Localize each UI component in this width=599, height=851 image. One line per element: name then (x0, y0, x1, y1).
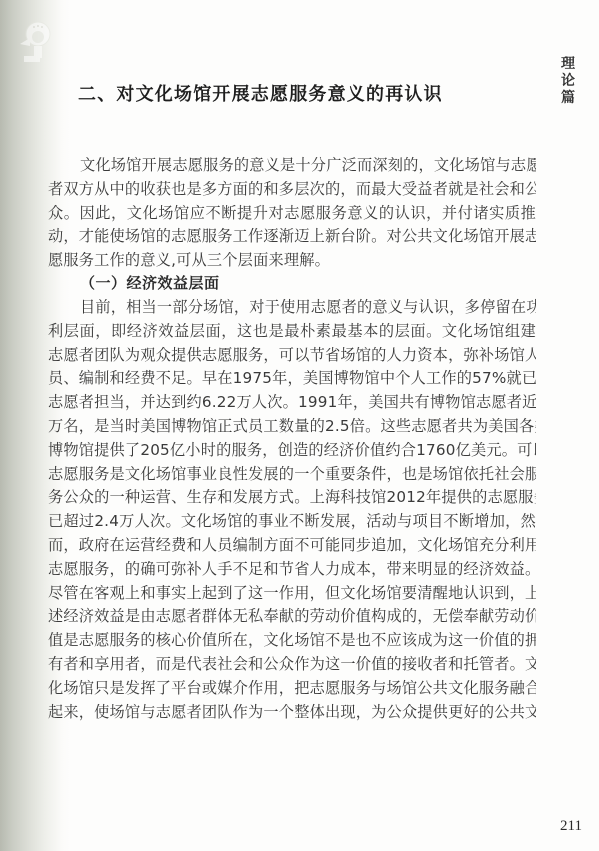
text-line: 博物馆提供了205亿小时的服务，创造的经济价值约合1760亿美元。可以说 (48, 439, 536, 463)
text-line: 万名，是当时美国博物馆正式员工数量的2.5倍。这些志愿者共为美国各类 (48, 415, 536, 439)
text-line: 已超过2.4万人次。文化场馆的事业不断发展，活动与项目不断增加，然 (48, 510, 536, 534)
text-line: 有者和享用者，而是代表社会和公众作为这一价值的接收者和托管者。文 (48, 653, 536, 677)
side-label-char: 篇 (558, 90, 578, 107)
text-line: 目前，相当一部分场馆，对于使用志愿者的意义与认识，多停留在功 (48, 296, 536, 320)
book-page: 理 论 篇 二、对文化场馆开展志愿服务意义的再认识 文化场馆开展志愿服务的意义是… (0, 0, 599, 851)
text-line: 员、编制和经费不足。早在1975年，美国博物馆中个人工作的57%就已由 (48, 367, 536, 391)
section-heading: 二、对文化场馆开展志愿服务意义的再认识 (78, 80, 443, 106)
text-line: 愿服务工作的意义,可从三个层面来理解。 (48, 249, 536, 273)
side-label-char: 理 (558, 56, 578, 73)
text-line: 志愿服务，的确可弥补人手不足和节省人力成本，带来明显的经济效益。 (48, 558, 536, 582)
text-line: 而，政府在运营经费和人员编制方面不可能同步追加，文化场馆充分利用 (48, 534, 536, 558)
text-line: 者双方从中的收获也是多方面的和多层次的，而最大受益者就是社会和公 (48, 178, 536, 202)
text-line: 志愿者团队为观众提供志愿服务，可以节省场馆的人力资本，弥补场馆人 (48, 344, 536, 368)
text-line: 尽管在客观上和事实上起到了这一作用，但文化场馆要清醒地认识到，上 (48, 582, 536, 606)
page-number: 211 (560, 818, 582, 835)
decorative-emblem-icon (16, 18, 56, 76)
text-line: 化场馆只是发挥了平台或媒介作用，把志愿服务与场馆公共文化服务融合 (48, 677, 536, 701)
text-line: 志愿服务是文化场馆事业良性发展的一个重要条件，也是场馆依托社会服 (48, 463, 536, 487)
paragraph-economic: 目前，相当一部分场馆，对于使用志愿者的意义与认识，多停留在功 利层面，即经济效益… (48, 296, 536, 724)
text-line: 众。因此，文化场馆应不断提升对志愿服务意义的认识，并付诸实质推 (48, 202, 536, 226)
text-line: 务公众的一种运营、生存和发展方式。上海科技馆2012年提供的志愿服务 (48, 486, 536, 510)
text-line: 利层面，即经济效益层面，这也是最朴素最基本的层面。文化场馆组建 (48, 320, 536, 344)
paragraph-intro: 文化场馆开展志愿服务的意义是十分广泛而深刻的，文化场馆与志愿 者双方从中的收获也… (48, 154, 536, 273)
side-label-char: 论 (558, 73, 578, 90)
text-line: 起来，使场馆与志愿者团队作为一个整体出现，为公众提供更好的公共文 (48, 701, 536, 725)
text-line: 文化场馆开展志愿服务的意义是十分广泛而深刻的，文化场馆与志愿 (48, 154, 536, 178)
text-line: 值是志愿服务的核心价值所在，文化场馆不是也不应该成为这一价值的拥 (48, 629, 536, 653)
section-side-label: 理 论 篇 (558, 56, 578, 107)
subsection-heading: （一）经济效益层面 (80, 272, 220, 293)
text-line: 志愿者担当，并达到约6.22万人次。1991年，美国共有博物馆志愿者近38 (48, 391, 536, 415)
text-line: 述经济效益是由志愿者群体无私奉献的劳动价值构成的，无偿奉献劳动价 (48, 605, 536, 629)
text-line: 动，才能使场馆的志愿服务工作逐渐迈上新台阶。对公共文化场馆开展志 (48, 225, 536, 249)
